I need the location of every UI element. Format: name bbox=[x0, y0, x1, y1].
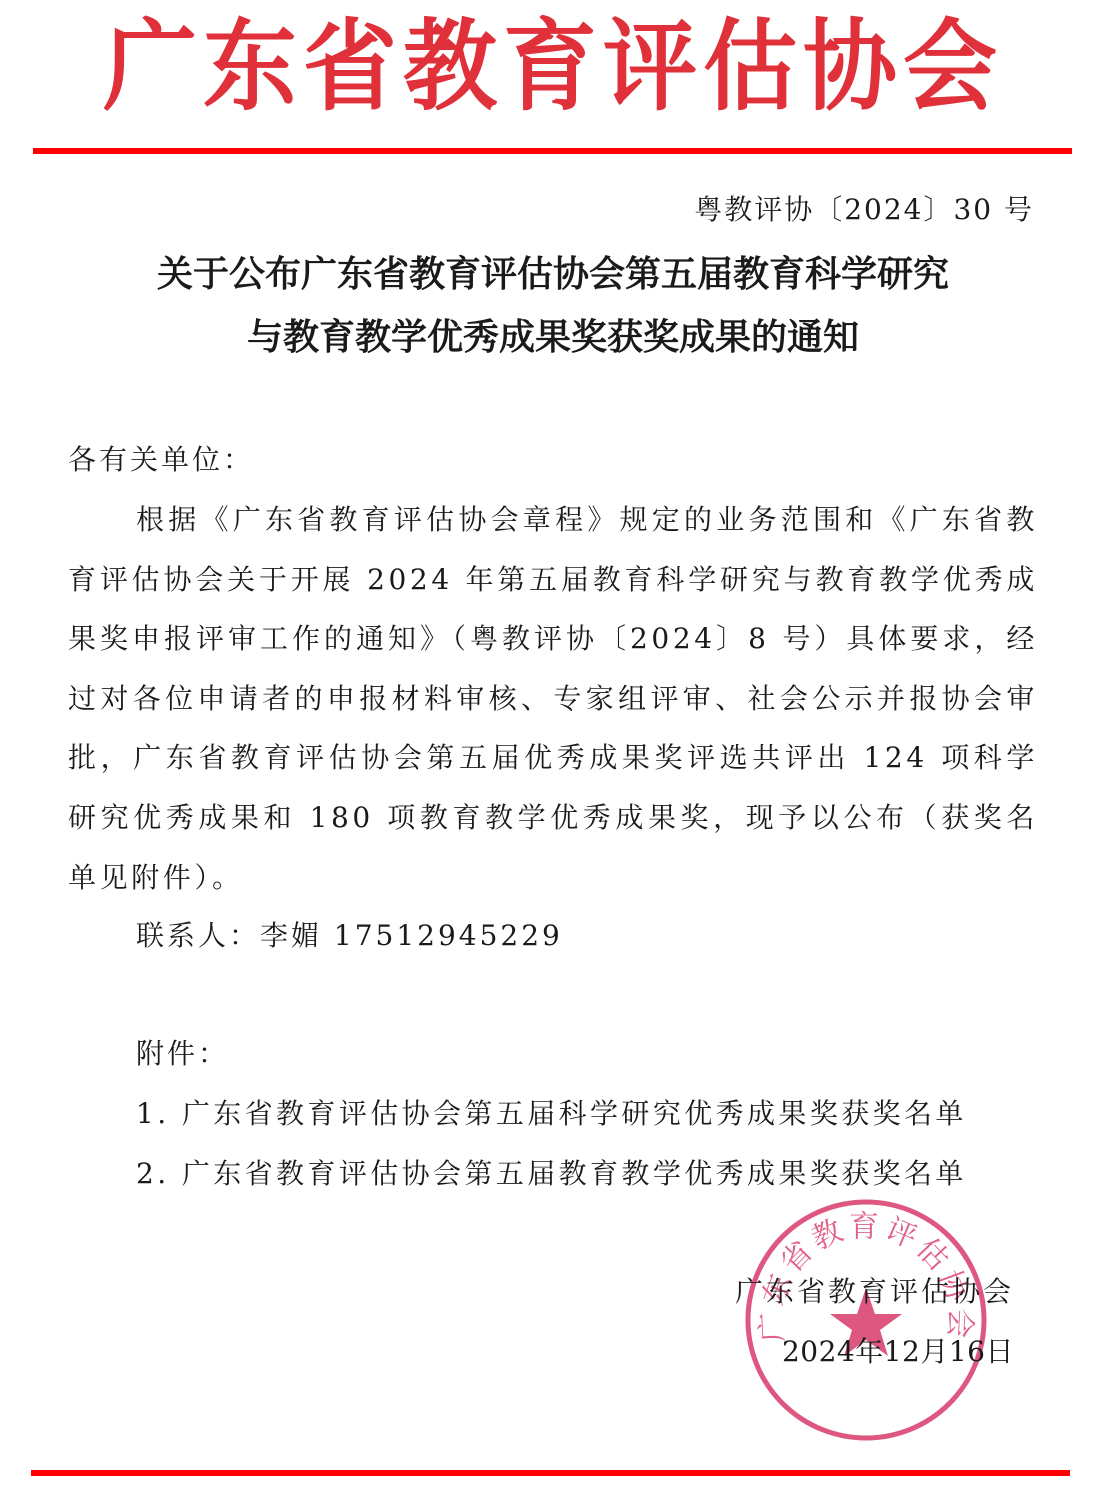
salutation: 各有关单位： bbox=[68, 438, 254, 482]
footer-red-rule bbox=[31, 1470, 1070, 1476]
document-title-line-2: 与教育教学优秀成果奖获奖成果的通知 bbox=[0, 315, 1106, 359]
letterhead-title: 广东省教育评估协会 bbox=[0, 9, 1106, 125]
attachment-item: 2. 广东省教育评估协会第五届教育教学优秀成果奖获奖名单 bbox=[136, 1152, 967, 1196]
signature-organization: 广东省教育评估协会 bbox=[735, 1270, 1014, 1314]
letterhead-red-rule bbox=[33, 148, 1072, 154]
contact-info: 联系人：李媚 17512945229 bbox=[136, 914, 563, 958]
signature-date: 2024年12月16日 bbox=[782, 1330, 1014, 1374]
document-title-line-1: 关于公布广东省教育评估协会第五届教育科学研究 bbox=[0, 252, 1106, 296]
attachment-item: 1. 广东省教育评估协会第五届科学研究优秀成果奖获奖名单 bbox=[136, 1092, 967, 1136]
attachments-label: 附件： bbox=[136, 1032, 229, 1076]
document-number: 粤教评协〔2024〕30 号 bbox=[694, 190, 1034, 230]
body-paragraph: 根据《广东省教育评估协会章程》规定的业务范围和《广东省教育评估协会关于开展 20… bbox=[68, 490, 1038, 907]
official-seal-stamp: 广东省教育评估协会 bbox=[742, 1196, 990, 1444]
